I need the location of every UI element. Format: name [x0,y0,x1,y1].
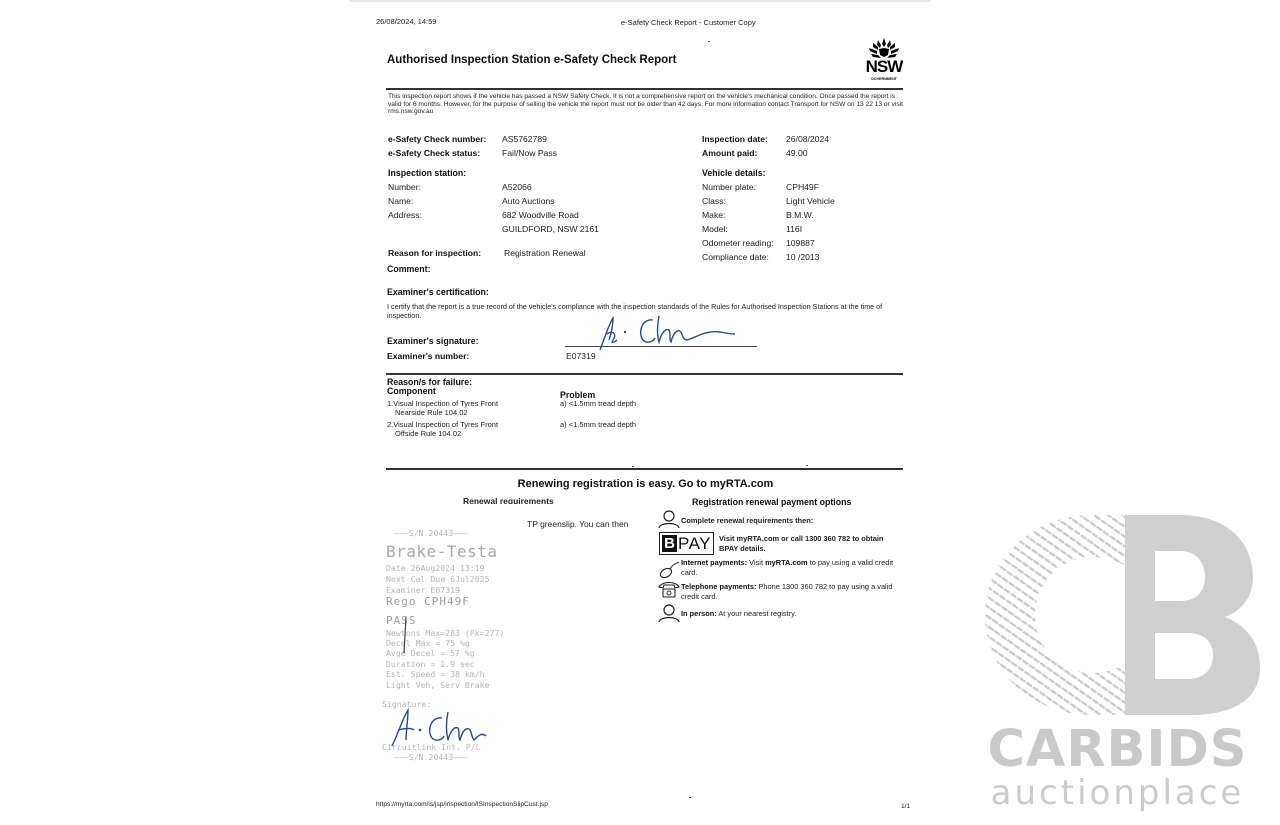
receipt-examiner: Examiner E07319 [386,585,460,595]
receipt-date: Date 26Aug2024 13:19 [386,563,485,573]
comment-label: Comment: [387,264,431,274]
receipt-decel-max: Decel Max = 75 %g [386,638,470,648]
station-number: A52066 [502,182,532,192]
watermark-brand: CARBIDS [975,720,1260,779]
vehicle-field-label: Make: [702,210,725,220]
logo-government-text: GOVERNMENT [864,77,904,81]
pen-mark [402,616,408,654]
renewal-requirements-text: TP greenslip. You can then [527,519,628,529]
component-header: Component [387,387,472,396]
receipt-rego: Rego CPH49F [386,595,470,608]
divider [386,88,903,90]
vehicle-field-value: 116I [786,224,802,234]
vehicle-field-label: Number plate: [702,182,756,192]
failure-problem: a) <1.5mm tread depth [560,400,636,409]
vehicle-field-label: Model: [702,224,728,234]
amount-paid: 49.00 [786,148,808,158]
payment-option-in-person: In person: At your nearest registry. [681,609,901,619]
page-edge [350,0,930,2]
signature-line [565,346,757,347]
station-heading: Inspection station: [388,168,466,178]
nsw-government-logo: NSW GOVERNMENT [864,37,904,85]
receipt-vehicle-type: Light Veh, Serv Brake [386,680,490,690]
station-address-line1: 682 Woodville Road [502,210,579,220]
intro-text: This inspection report shows if the vehi… [388,93,908,116]
vehicle-field-label: Odometer reading: [702,238,774,248]
vehicle-field-value: 109887 [786,238,815,248]
reason-value: Registration Renewal [504,248,586,258]
failure-problem: a) <1.5mm tread depth [560,421,636,430]
logo-nsw-text: NSW [864,58,904,75]
person-icon [658,510,680,528]
check-status: Fail/Now Pass [502,148,557,158]
myrta-link[interactable]: myRTA.com [765,558,808,567]
receipt-serial-bottom: ———S/N 20443——— [394,752,468,762]
print-title: e-Safety Check Report - Customer Copy [621,18,756,27]
footer-url: https://myrta.com/is/jsp/inspection/ISIn… [376,801,548,808]
inspection-date: 26/08/2024 [786,134,829,144]
renewal-requirements-heading: Renewal requirements [463,496,554,504]
payment-option-telephone: Telephone payments: Phone 1300 360 782 t… [681,582,901,601]
vehicle-field-label: Class: [702,196,726,206]
scan-speck [806,465,808,466]
vehicle-heading: Vehicle details: [702,168,766,178]
watermark-subtitle: auctionplace [975,773,1260,813]
vehicle-field-value: B.M.W. [786,210,814,220]
waratah-icon [867,37,901,59]
renewal-title: Renewing registration is easy. Go to myR… [387,478,904,490]
scan-speck [708,41,710,42]
failure-section: Reason/s for failure: Component [387,378,472,395]
divider [386,468,903,470]
payment-option-bpay: Visit myRTA.com or call 1300 360 782 to … [719,534,899,553]
check-number: AS5762789 [502,134,547,144]
vehicle-field-value: CPH49F [786,182,819,192]
payment-option-complete: Complete renewal requirements then: [681,516,901,526]
signature-label: Examiner's signature: [387,336,479,346]
person-icon [658,604,680,622]
footer-page-number: 1/1 [901,803,910,810]
examiner-number: E07319 [566,351,596,361]
divider [386,373,903,375]
failure-component: 2.Visual Inspection of Tyres FrontOffsid… [387,421,498,438]
telephone-icon [658,580,680,598]
scan-speck [632,466,634,467]
print-datetime: 26/08/2024, 14:59 [376,17,436,26]
vehicle-field-label: Compliance date: [702,252,769,262]
payment-options-heading: Registration renewal payment options [692,497,851,507]
receipt-est-speed: Est. Speed = 38 km/h [386,669,485,679]
bpay-icon: B PAY [659,532,714,555]
station-name: Auto Auctions [502,196,555,206]
mouse-icon [658,560,680,578]
scan-speck [689,797,691,798]
receipt-brand: Brake-Testa [386,542,497,561]
receipt-serial-top: ———S/N 20443——— [394,528,468,538]
cert-heading: Examiner's certification: [387,287,489,297]
vehicle-field-value: 10 /2013 [786,252,819,262]
receipt-next-cal: Next Cal Due 6Jul2025 [386,574,490,584]
vehicle-field-value: Light Vehicle [786,196,835,206]
report-title: Authorised Inspection Station e-Safety C… [387,54,676,66]
receipt-duration: Duration = 1.9 sec [386,659,475,669]
receipt-signature [388,706,508,750]
receipt-avge-decel: Avge Decel = 57 %g [386,648,475,658]
failure-component: 1.Visual Inspection of Tyres FrontNearsi… [387,400,498,417]
payment-option-internet: Internet payments: Visit myRTA.com to pa… [681,558,901,577]
